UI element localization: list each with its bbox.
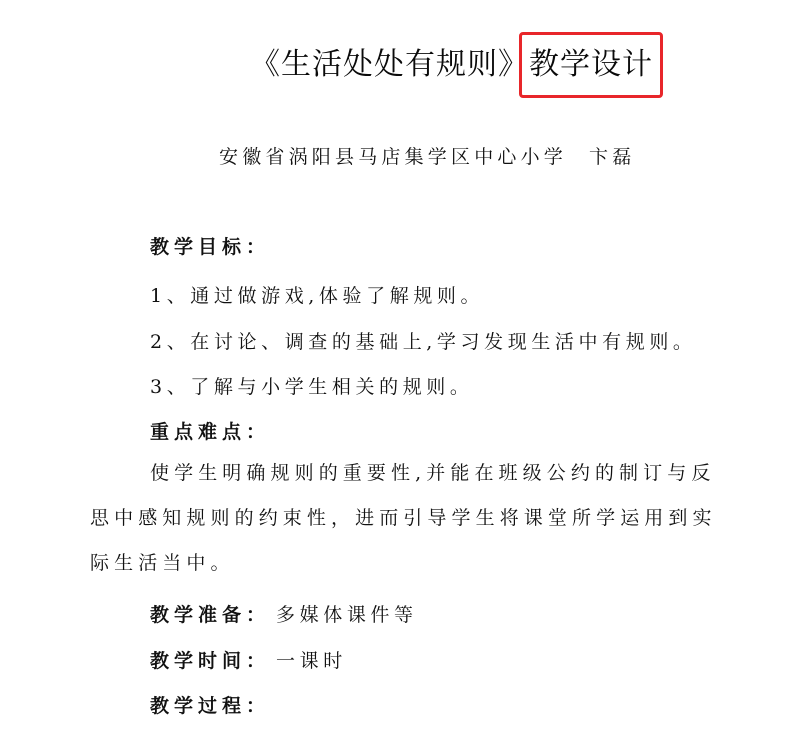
document-page: 《生活处处有规则》教学设计 安徽省涡阳县马店集学区中心小学卞磊 教学目标： 1、…: [0, 0, 809, 733]
title-prefix: 《生活处处有规则》: [250, 47, 529, 82]
preparation-label: 教学准备：: [150, 604, 270, 626]
author-school: 安徽省涡阳县马店集学区中心小学: [219, 146, 567, 168]
objective-item-1: 1、通过做游戏,体验了解规则。: [150, 283, 484, 309]
author-line: 安徽省涡阳县马店集学区中心小学卞磊: [219, 144, 635, 170]
title-highlight-label: 教学设计: [529, 47, 653, 82]
author-name: 卞磊: [589, 146, 635, 168]
preparation-value: 多媒体课件等: [276, 604, 418, 626]
process-heading: 教学过程：: [150, 693, 270, 719]
key-points-heading: 重点难点：: [150, 419, 270, 445]
objective-item-2: 2、在讨论、调查的基础上,学习发现生活中有规则。: [150, 329, 697, 355]
key-points-paragraph: 使学生明确规则的重要性,并能在班级公约的制订与反思中感知规则的约束性，进而引导学…: [90, 451, 720, 586]
title-highlighted-text: 教学设计: [529, 42, 653, 88]
time-label: 教学时间：: [150, 650, 270, 672]
time-row: 教学时间：一课时: [150, 648, 347, 674]
preparation-row: 教学准备：多媒体课件等: [150, 602, 418, 628]
objective-item-3: 3、了解与小学生相关的规则。: [150, 374, 474, 400]
document-title: 《生活处处有规则》教学设计: [0, 42, 809, 88]
time-value: 一课时: [276, 650, 347, 672]
objectives-heading: 教学目标：: [150, 234, 270, 260]
